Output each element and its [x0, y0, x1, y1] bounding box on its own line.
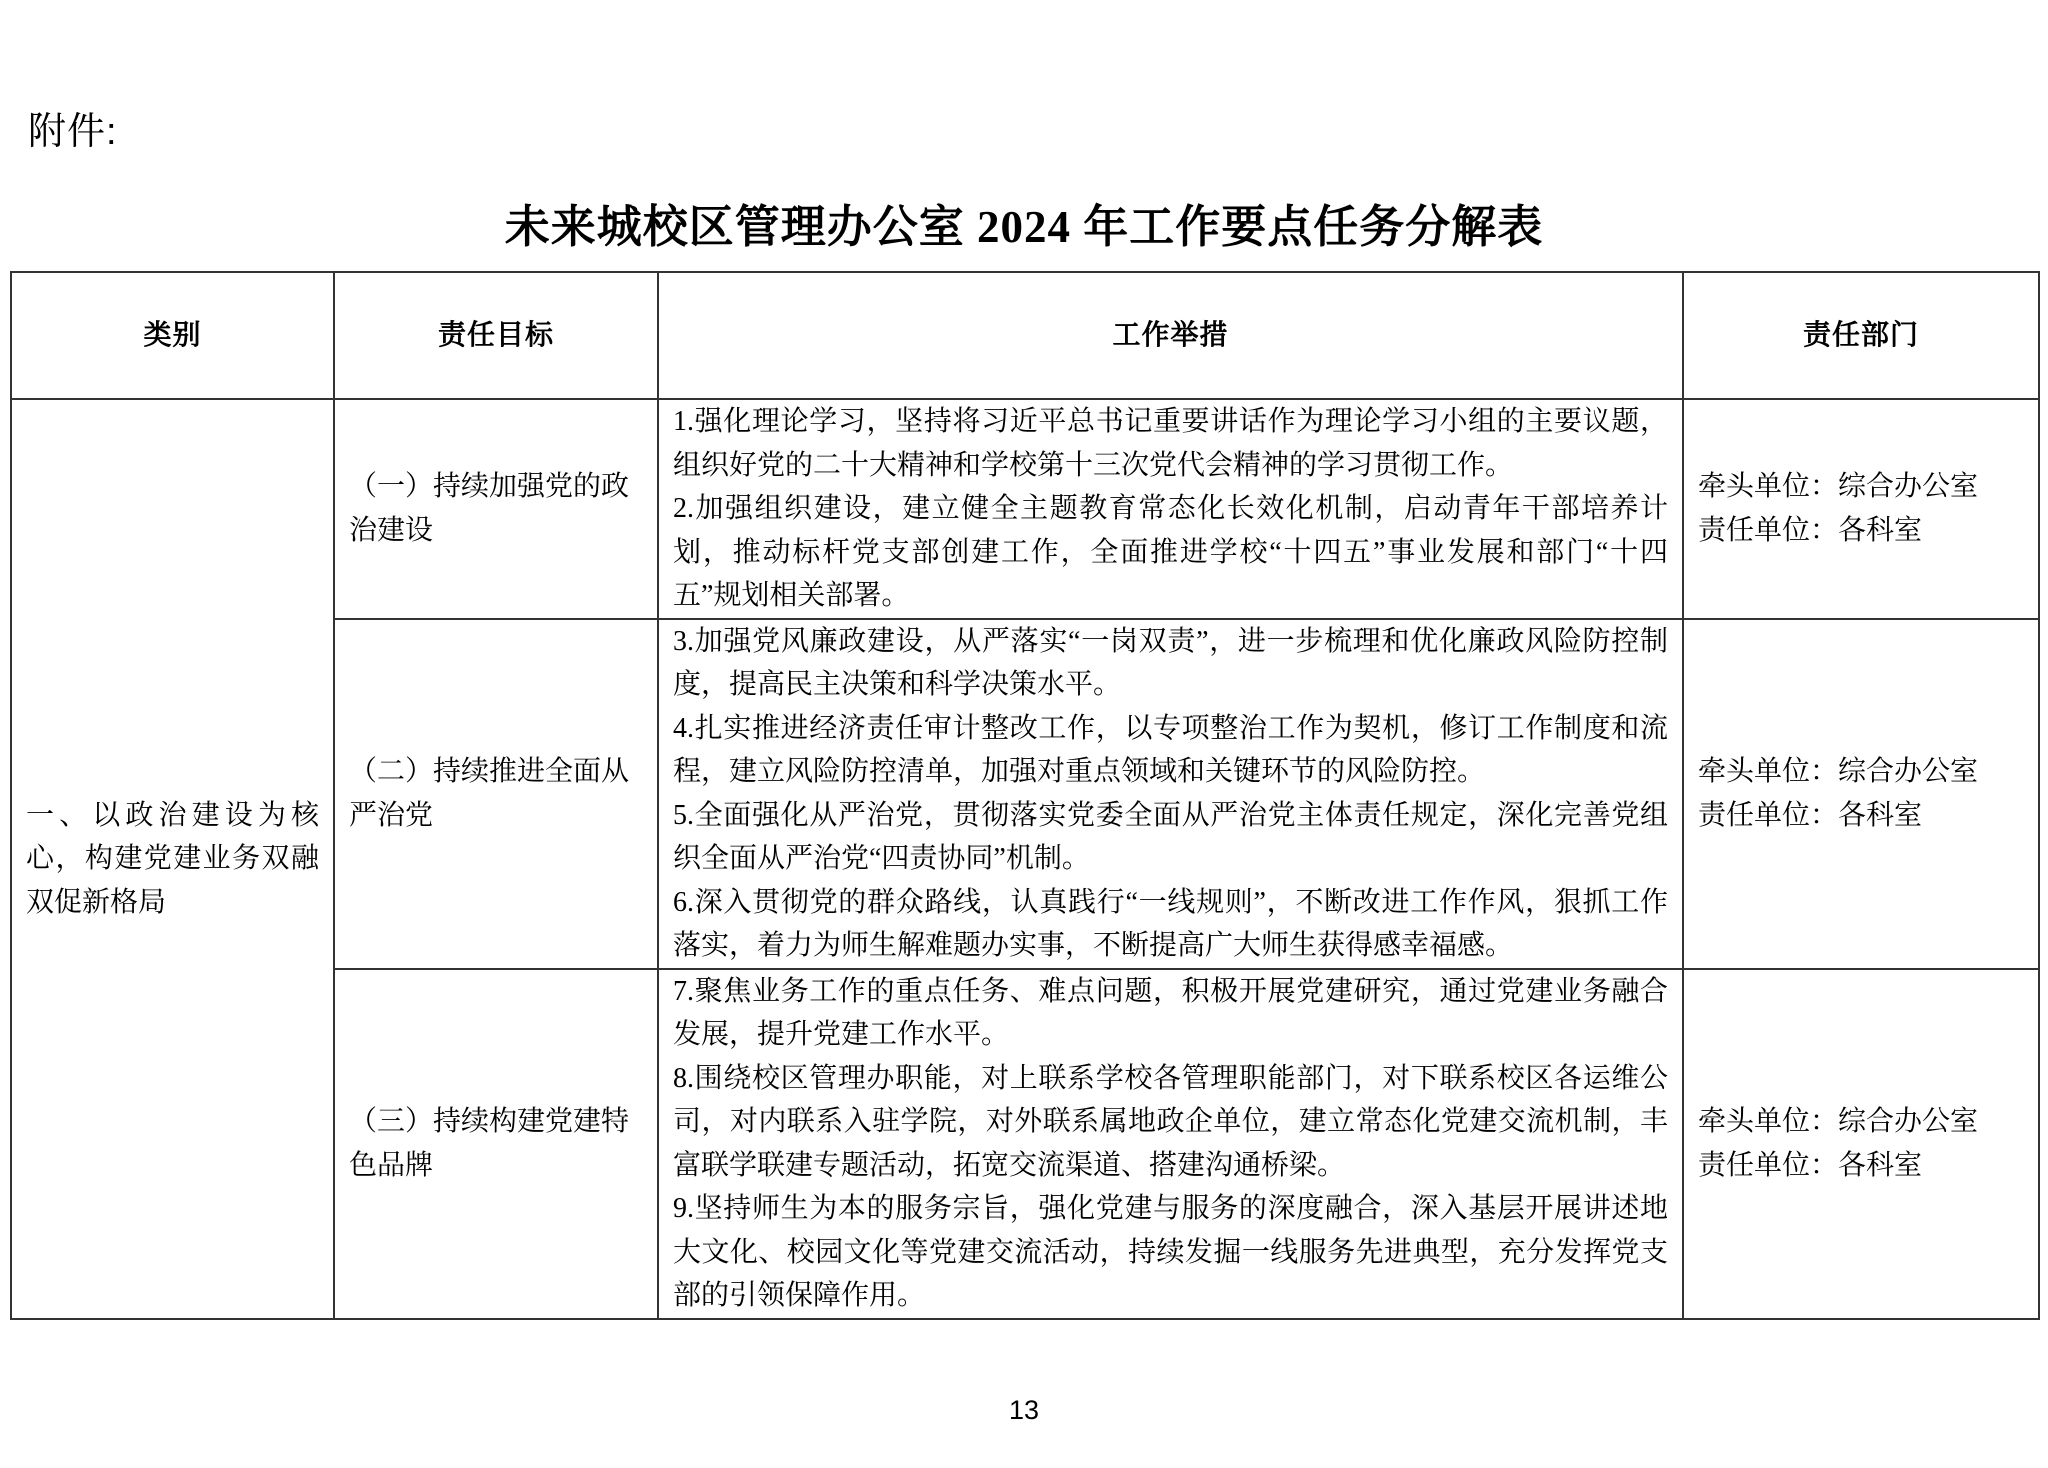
department-resp-line: 责任单位：各科室	[1698, 1144, 2024, 1188]
attachment-label: 附件:	[28, 100, 118, 155]
department-resp-line: 责任单位：各科室	[1698, 794, 2024, 838]
department-lead-line: 牵头单位：综合办公室	[1698, 1100, 2024, 1144]
task-breakdown-table: 类别 责任目标 工作举措 责任部门 一、以政治建设为核心，构建党建业务双融双促新…	[10, 271, 2040, 1320]
department-lead-line: 牵头单位：综合办公室	[1698, 465, 2024, 509]
measure-paragraph: 9.坚持师生为本的服务宗旨，强化党建与服务的深度融合，深入基层开展讲述地大文化、…	[673, 1187, 1668, 1318]
category-cell: 一、以政治建设为核心，构建党建业务双融双促新格局	[11, 399, 334, 1319]
measures-cell: 3.加强党风廉政建设，从严落实“一岗双责”，进一步梳理和优化廉政风险防控制度，提…	[658, 619, 1683, 969]
document-title: 未来城校区管理办公室 2024 年工作要点任务分解表	[0, 190, 2048, 255]
department-cell: 牵头单位：综合办公室 责任单位：各科室	[1683, 619, 2039, 969]
measure-paragraph: 2.加强组织建设，建立健全主题教育常态化长效化机制，启动青年干部培养计划，推动标…	[673, 487, 1668, 618]
department-cell: 牵头单位：综合办公室 责任单位：各科室	[1683, 969, 2039, 1319]
document-page: 附件: 未来城校区管理办公室 2024 年工作要点任务分解表 类别 责任目标 工…	[0, 0, 2048, 1468]
measures-cell: 7.聚焦业务工作的重点任务、难点问题，积极开展党建研究，通过党建业务融合发展，提…	[658, 969, 1683, 1319]
measure-paragraph: 8.围绕校区管理办职能，对上联系学校各管理职能部门，对下联系校区各运维公司，对内…	[673, 1057, 1668, 1188]
goal-cell: （一）持续加强党的政治建设	[334, 399, 658, 619]
measure-paragraph: 6.深入贯彻党的群众路线，认真践行“一线规则”，不断改进工作作风，狠抓工作落实，…	[673, 881, 1668, 968]
measure-paragraph: 1.强化理论学习，坚持将习近平总书记重要讲话作为理论学习小组的主要议题，组织好党…	[673, 400, 1668, 487]
department-resp-line: 责任单位：各科室	[1698, 509, 2024, 553]
department-cell: 牵头单位：综合办公室 责任单位：各科室	[1683, 399, 2039, 619]
goal-cell: （三）持续构建党建特色品牌	[334, 969, 658, 1319]
measure-paragraph: 4.扎实推进经济责任审计整改工作，以专项整治工作为契机，修订工作制度和流程，建立…	[673, 707, 1668, 794]
header-category: 类别	[11, 272, 334, 399]
measure-paragraph: 7.聚焦业务工作的重点任务、难点问题，积极开展党建研究，通过党建业务融合发展，提…	[673, 970, 1668, 1057]
table-header-row: 类别 责任目标 工作举措 责任部门	[11, 272, 2039, 399]
page-number: 13	[0, 1395, 2048, 1426]
measures-cell: 1.强化理论学习，坚持将习近平总书记重要讲话作为理论学习小组的主要议题，组织好党…	[658, 399, 1683, 619]
header-department: 责任部门	[1683, 272, 2039, 399]
table-row: 一、以政治建设为核心，构建党建业务双融双促新格局 （一）持续加强党的政治建设 1…	[11, 399, 2039, 619]
measure-paragraph: 5.全面强化从严治党，贯彻落实党委全面从严治党主体责任规定，深化完善党组织全面从…	[673, 794, 1668, 881]
measure-paragraph: 3.加强党风廉政建设，从严落实“一岗双责”，进一步梳理和优化廉政风险防控制度，提…	[673, 620, 1668, 707]
goal-cell: （二）持续推进全面从严治党	[334, 619, 658, 969]
department-lead-line: 牵头单位：综合办公室	[1698, 750, 2024, 794]
header-measures: 工作举措	[658, 272, 1683, 399]
header-goal: 责任目标	[334, 272, 658, 399]
